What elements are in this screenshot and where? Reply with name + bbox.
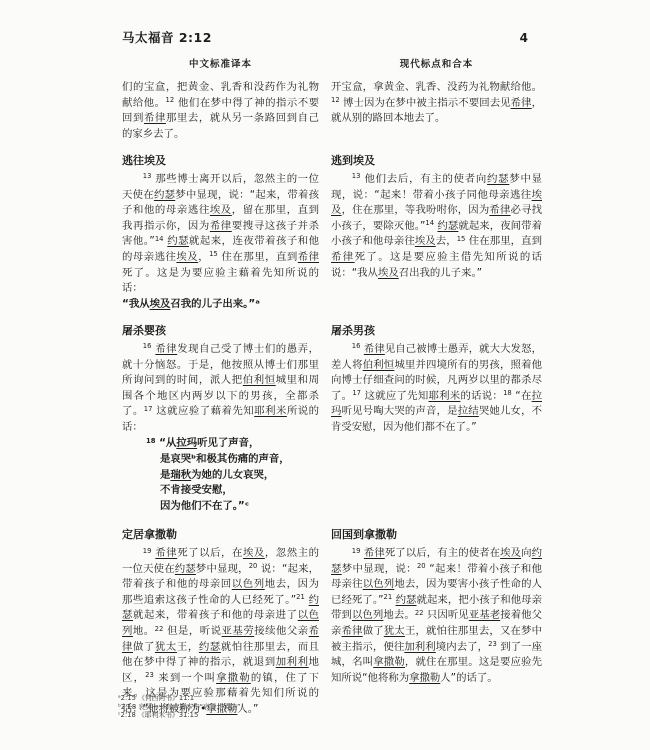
verse-text: 13 那些博士离开以后，忽然主的一位天使在约瑟梦中显现，说：“起来，带着孩子和他…: [122, 172, 319, 297]
verse-text: 开宝盒，拿黄金、乳香、没药为礼物献给他。12 博士因为在梦中被主指示不要回去见希…: [331, 80, 542, 127]
poem-line: 是瑞秋为她的儿女哀哭，: [160, 468, 319, 484]
left-section-heading-massacre: 屠杀婴孩: [122, 323, 319, 339]
running-header: 马太福音 2:12 4: [122, 28, 542, 46]
left-section-heading-flee-to-egypt: 逃往埃及: [122, 153, 319, 169]
verse-text: 16 希律发现自己受了博士们的愚弄，就十分恼怒。于是，他按照从博士们那里所询问到…: [122, 342, 319, 436]
left-column-title: 中文标准译本: [122, 56, 319, 70]
right-section-heading-flee-to-egypt: 逃到埃及: [331, 153, 542, 169]
poem-line: 因为他们不在了。”ᶜ: [160, 499, 319, 515]
right-paragraph-v13-15: 13 他们去后，有主的使者向约瑟梦中显现，说：“起来！带着小孩子同他母亲逃往埃及…: [331, 172, 542, 281]
footnotes-block: ᵃ2:15 《何西阿书》11:1 ᵇ2:18 哀哭——有古抄本作“哀号、哭泣” …: [118, 694, 418, 720]
right-paragraph-v16-18: 16 希律见自己被博士愚弄，就大大发怒，差人将伯利恒城里并四境所有的男孩，照着他…: [331, 342, 542, 436]
footnote-a: ᵃ2:15 《何西阿书》11:1: [118, 694, 418, 703]
left-paragraph-v16-18: 16 希律发现自己受了博士们的愚弄，就十分恼怒。于是，他按照从博士们那里所询问到…: [122, 342, 319, 517]
verse-text: 19 希律死了以后，在埃及，忽然主的一位天使在约瑟梦中显现，20 说：“起来，带…: [122, 546, 319, 718]
poem-line: 18 “从拉玛听见了声音，: [146, 436, 319, 452]
poem-line: 是哀哭ᵇ和极其伤痛的声音，: [160, 452, 319, 468]
scripture-page: 马太福音 2:12 4 中文标准译本 现代标点和合本 们的宝盒，把黄金、乳香和没…: [0, 0, 650, 750]
verse-text: 13 他们去后，有主的使者向约瑟梦中显现，说：“起来！带着小孩子同他母亲逃往埃及…: [331, 172, 542, 281]
poem-line: 不肯接受安慰，: [160, 483, 319, 499]
verse-text: 16 希律见自己被博士愚弄，就大大发怒，差人将伯利恒城里并四境所有的男孩，照着他…: [331, 342, 542, 436]
right-section-heading-massacre: 屠杀男孩: [331, 323, 542, 339]
right-paragraph-v12: 开宝盒，拿黄金、乳香、没药为礼物献给他。12 博士因为在梦中被主指示不要回去见希…: [331, 80, 542, 127]
right-column-title: 现代标点和合本: [331, 56, 542, 70]
jeremiah-poem: 18 “从拉玛听见了声音， 是哀哭ᵇ和极其伤痛的声音， 是瑞秋为她的儿女哀哭， …: [122, 436, 319, 514]
left-paragraph-v13-15: 13 那些博士离开以后，忽然主的一位天使在约瑟梦中显现，说：“起来，带着孩子和他…: [122, 172, 319, 312]
right-paragraph-v19-23: 19 希律死了以后，有主的使者在埃及向约瑟梦中显现，说：20 “起来！带着小孩子…: [331, 546, 542, 686]
right-section-heading-nazareth: 回国到拿撒勒: [331, 527, 542, 543]
ot-quote-text: “我从埃及召我的儿子出来。”ᵃ: [122, 297, 319, 313]
footnote-c: ᶜ2:18 《耶利米书》31:15: [118, 711, 418, 720]
left-paragraph-v19-23: 19 希律死了以后，在埃及，忽然主的一位天使在约瑟梦中显现，20 说：“起来，带…: [122, 546, 319, 718]
left-paragraph-v12: 们的宝盒，把黄金、乳香和没药作为礼物献给他。12 他们在梦中得了神的指示不要回到…: [122, 80, 319, 142]
parallel-text-body: 们的宝盒，把黄金、乳香和没药作为礼物献给他。12 他们在梦中得了神的指示不要回到…: [122, 80, 542, 718]
page-number: 4: [520, 31, 542, 45]
left-section-heading-nazareth: 定居拿撒勒: [122, 527, 319, 543]
verse-text: 们的宝盒，把黄金、乳香和没药作为礼物献给他。12 他们在梦中得了神的指示不要回到…: [122, 80, 319, 142]
column-titles: 中文标准译本 现代标点和合本: [122, 56, 542, 70]
verse-text: 19 希律死了以后，有主的使者在埃及向约瑟梦中显现，说：20 “起来！带着小孩子…: [331, 546, 542, 686]
book-reference: 马太福音 2:12: [122, 28, 212, 46]
